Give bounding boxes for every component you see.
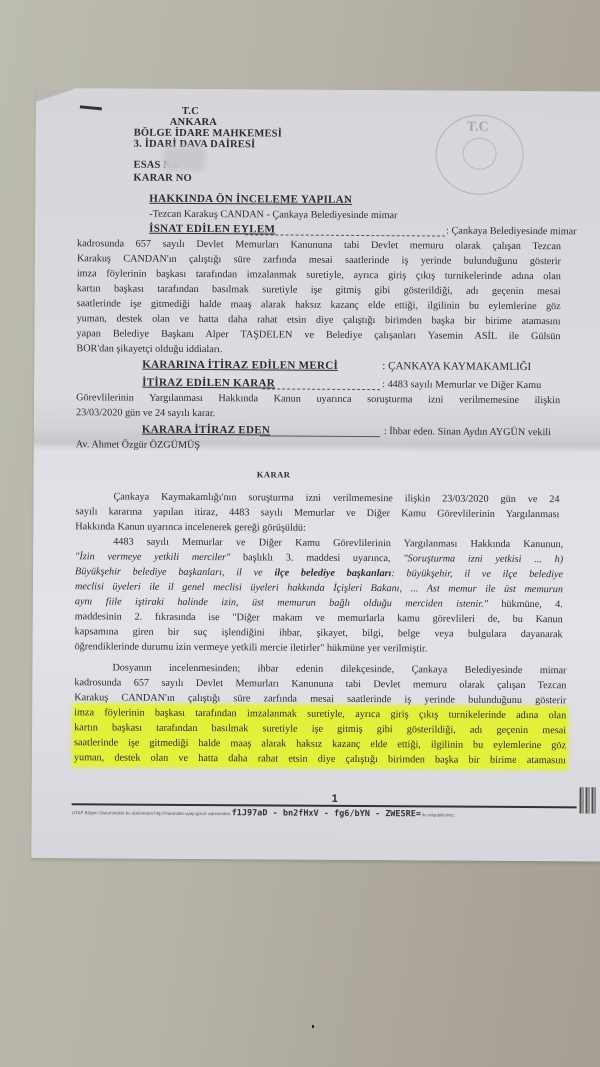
wall-speck — [312, 1025, 314, 1028]
karar-paragraph-1: Çankaya Kaymakamlığı'nın soruşturma izni… — [75, 489, 559, 537]
quote-text: "İzin vermeye yetkili merciler" — [75, 551, 230, 563]
field-value-merci: : ÇANKAYA KAYMAKAMLIĞI — [382, 359, 531, 375]
verification-code: f1J97aD - bn2fHxV - fg6/bYN - ZWESRE= — [232, 808, 421, 819]
lawyer-name: Av. Ahmet Özgür ÖZGÜMÜŞ — [76, 437, 200, 453]
text-span: hükmüne, 4. — [488, 599, 563, 610]
field-sep: : — [382, 360, 385, 372]
footer-text: UYAP Bilişim Sistemindeki bu dokümana ht… — [72, 810, 231, 816]
text-span: Büyükşehir belediye başkanları, il ve — [75, 566, 274, 578]
field-value-onInceleme: -Tezcan Karakuş CANDAN - Çankaya Belediy… — [149, 207, 397, 224]
quote-text: "Soruşturma izni yetkisi ... h) — [403, 553, 563, 565]
isnat-paragraph: kadrosunda 657 sayılı Devlet Memurları K… — [76, 236, 561, 359]
field-sep: : — [382, 379, 385, 390]
text-span: : büyükşehir, il ve ilçe belediye — [391, 568, 563, 580]
field-dash — [260, 435, 380, 437]
text-line: öğrendiklerinde durumu izin vermeye yetk… — [75, 639, 563, 657]
field-dash — [245, 234, 445, 236]
field-sep: : — [384, 426, 387, 437]
karar-no-label: KARAR NO — [133, 172, 192, 185]
field-value-itiraz-eden: : İhbar eden. Sinan Aydın AYGÜN vekili — [384, 424, 551, 440]
seal-text: T.C — [467, 120, 489, 136]
karar-title: KARAR — [34, 468, 514, 481]
field-value-text: ÇANKAYA KAYMAKAMLIĞI — [388, 360, 531, 373]
text-span: başlıklı 3. maddesi uyarınca, — [230, 552, 403, 564]
seal-emblem — [463, 138, 497, 170]
field-label-onInceleme: HAKKINDA ÖN İNCELEME YAPILAN — [149, 193, 352, 206]
field-value-text: İhbar eden. Sinan Aydın AYGÜN vekili — [389, 426, 551, 438]
field-dash — [262, 388, 380, 390]
court-document-page: T.C ANKARA BÖLGE İDARE MAHKEMESİ 3. İDAR… — [31, 88, 600, 861]
field-value-text: 4483 sayılı Memurlar ve Diğer Kamu — [388, 379, 542, 391]
field-value-itiraz-karar: : 4483 sayılı Memurlar ve Diğer Kamu — [382, 377, 541, 393]
field-value-isnat: : Çankaya Belediyesinde mimar — [446, 224, 577, 240]
footer-verification: UYAP Bilişim Sistemindeki bu dokümana ht… — [72, 807, 582, 820]
field-sep: : — [345, 193, 348, 205]
folded-corner — [36, 88, 76, 102]
text-line: BOR'dan şikayetçi olduğu iddiaları. — [76, 341, 560, 359]
karar-paragraph-3: Dosyanın incelenmesinden; ihbar edenin d… — [74, 660, 567, 768]
footer-suffix: ile erişebilirsiniz. — [422, 812, 455, 817]
redacted-case-number — [163, 147, 205, 171]
highlighted-line: yuman, destek olan ve hatta daha rahat e… — [74, 750, 566, 768]
quote-text: aynı fiile iştiraki halinde izin, üst me… — [75, 596, 488, 610]
court-seal-stamp: T.C — [435, 114, 523, 195]
itiraz-karar-paragraph: Görevlilerinin Yargılanması Hakkında Kan… — [76, 390, 560, 423]
field-label-itiraz-karar: İTİRAZ EDİLEN KARAR — [142, 377, 275, 390]
pen-mark — [80, 105, 102, 110]
page-number: 1 — [332, 793, 338, 805]
field-label-merci: KARARINA İTİRAZ EDİLEN MERCİ — [142, 359, 338, 372]
bold-text: ilçe belediye başkanları — [274, 567, 391, 579]
field-value-text: Çankaya Belediyesinde mimar — [451, 226, 576, 238]
qr-code — [580, 787, 596, 813]
text-line: 23/03/2020 gün ve 24 sayılı karar. — [76, 405, 560, 423]
field-label-itiraz-eden: KARARA İTİRAZ EDEN — [142, 424, 270, 437]
field-sep: : — [446, 226, 449, 237]
karar-paragraph-2: 4483 sayılı Memurlar ve Diğer Kamu Görev… — [75, 534, 564, 657]
